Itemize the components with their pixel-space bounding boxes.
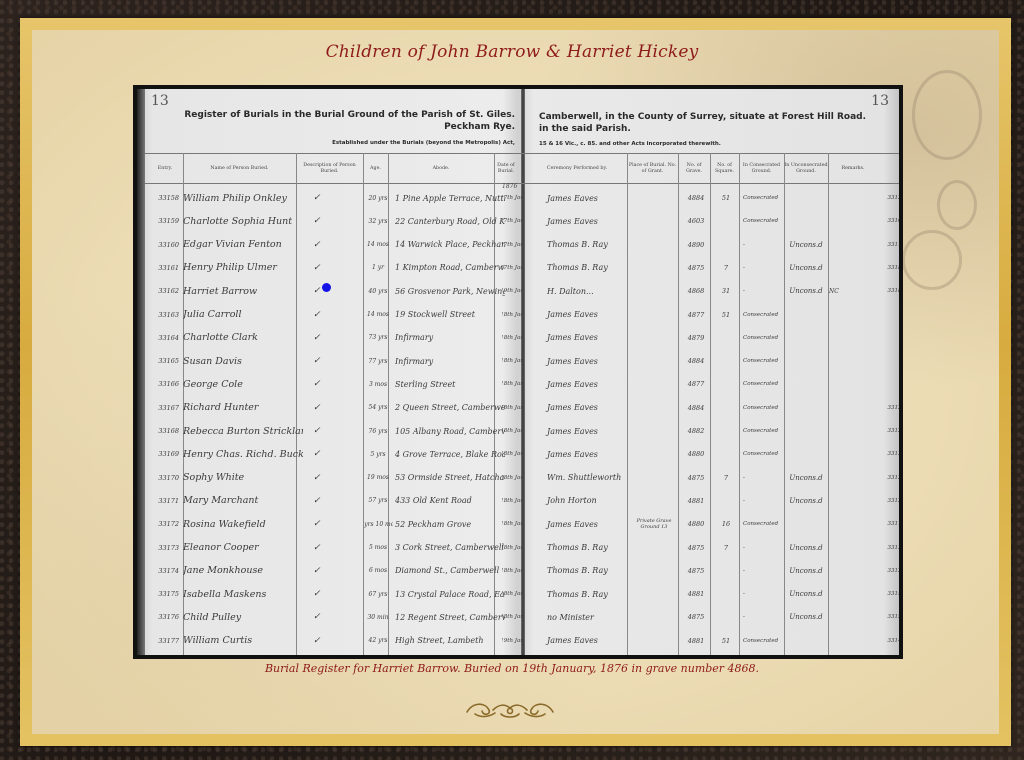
header-rule-bottom	[145, 183, 899, 184]
remarks-cell	[829, 583, 869, 605]
place-of-burial-cell	[629, 327, 679, 349]
entry-number-cell: 33161	[149, 257, 179, 279]
column-header-unconsecrated: In Unconsecrated Ground.	[784, 155, 828, 183]
column-header-consecrated: In Consecrated Ground.	[739, 155, 784, 183]
abode-cell: 13 Crystal Palace Road, East Dulwich	[395, 583, 505, 605]
consecrated-ground-cell: Consecrated	[741, 397, 783, 419]
unconsecrated-ground-cell	[785, 304, 827, 326]
person-name-cell: William Philip Onkley	[183, 187, 303, 209]
grave-number-cell: 4877	[681, 373, 711, 395]
column-header-description: Description of Person Buried.	[296, 155, 363, 183]
grave-number-cell: 4882	[681, 420, 711, 442]
ceremony-performed-by-cell: no Minister	[541, 606, 631, 628]
unconsecrated-ground-cell	[785, 630, 827, 652]
entry-number-cell: 33171	[149, 490, 179, 512]
consecrated-ground-cell: Consecrated	[741, 304, 783, 326]
unconsecrated-ground-cell: Uncons.d	[785, 467, 827, 489]
place-of-burial-cell	[629, 537, 679, 559]
entry-number-cell: 33173	[149, 537, 179, 559]
table-row: 33164Charlotte Clark✓73 yrsInfirmary18th…	[145, 327, 895, 349]
ceremony-performed-by-cell: James Eaves	[541, 327, 631, 349]
reference-number-cell: 33110	[871, 234, 899, 256]
square-number-cell: 7	[713, 257, 739, 279]
unconsecrated-ground-cell: Uncons.d	[785, 280, 827, 302]
person-name-cell: Charlotte Clark	[183, 327, 303, 349]
consecrated-ground-cell: -	[741, 490, 783, 512]
entry-number-cell: 33162	[149, 280, 179, 302]
place-of-burial-cell	[629, 350, 679, 372]
unconsecrated-ground-cell	[785, 210, 827, 232]
age-cell: 40 yrs	[363, 280, 393, 302]
remarks-cell	[829, 234, 869, 256]
ceremony-performed-by-cell: Thomas B. Ray	[541, 537, 631, 559]
heading-right-line1: Camberwell, in the County of Surrey, sit…	[539, 111, 899, 123]
place-of-burial-cell	[629, 304, 679, 326]
entry-number-cell: 33159	[149, 210, 179, 232]
page-number-right: 13	[871, 93, 889, 109]
ceremony-performed-by-cell: James Eaves	[541, 420, 631, 442]
decorative-swirl-icon	[912, 70, 982, 160]
table-row: 33163Julia Carroll✓14 mos19 Stockwell St…	[145, 304, 895, 326]
decorative-swirl-icon	[902, 230, 962, 290]
grave-number-cell: 4875	[681, 467, 711, 489]
grave-number-cell: 4877	[681, 304, 711, 326]
grave-number-cell: 4868	[681, 280, 711, 302]
ceremony-performed-by-cell: James Eaves	[541, 373, 631, 395]
grave-number-cell: 4880	[681, 513, 711, 535]
entry-number-cell: 33167	[149, 397, 179, 419]
square-number-cell	[713, 234, 739, 256]
consecrated-ground-cell: -	[741, 537, 783, 559]
column-header-grave: No. of Grave.	[678, 155, 710, 183]
entry-number-cell: 33174	[149, 560, 179, 582]
header-rule-top	[145, 153, 899, 154]
table-row: 33177William Curtis✓42 yrsHigh Street, L…	[145, 630, 895, 652]
table-row: 33168Rebecca Burton Strickland✓76 yrs105…	[145, 420, 895, 442]
remarks-cell	[829, 350, 869, 372]
abode-cell: 433 Old Kent Road	[395, 490, 505, 512]
unconsecrated-ground-cell	[785, 327, 827, 349]
grave-number-cell: 4875	[681, 537, 711, 559]
image-caption: Burial Register for Harriet Barrow. Buri…	[0, 662, 1024, 675]
entry-number-cell: 33164	[149, 327, 179, 349]
unconsecrated-ground-cell	[785, 513, 827, 535]
established-note-right: 15 & 16 Vic., c. 85. and other Acts inco…	[539, 141, 839, 147]
reference-number-cell: 33132	[871, 443, 899, 465]
person-name-cell: Henry Chas. Richd. Buck	[183, 443, 303, 465]
reference-number-cell: 33121	[871, 397, 899, 419]
unconsecrated-ground-cell	[785, 373, 827, 395]
place-of-burial-cell	[629, 467, 679, 489]
abode-cell: 105 Albany Road, Camberwell	[395, 420, 505, 442]
place-of-burial-cell	[629, 606, 679, 628]
abode-cell: 14 Warwick Place, Peckham Rye	[395, 234, 505, 256]
square-number-cell	[713, 606, 739, 628]
column-header-date: Date of Burial.	[494, 155, 518, 183]
entry-number-cell: 33168	[149, 420, 179, 442]
grave-number-cell: 4880	[681, 443, 711, 465]
ceremony-performed-by-cell: James Eaves	[541, 513, 631, 535]
age-cell: 32 yrs	[363, 210, 393, 232]
table-row: 33170Sophy White✓19 mos53 Ormside Street…	[145, 467, 895, 489]
ceremony-performed-by-cell: Wm. Shuttleworth	[541, 467, 631, 489]
abode-cell: 56 Grosvenor Park, Newington	[395, 280, 505, 302]
age-cell: 67 yrs	[363, 583, 393, 605]
square-number-cell	[713, 373, 739, 395]
person-name-cell: William Curtis	[183, 630, 303, 652]
reference-number-cell: 33122	[871, 187, 899, 209]
established-note-left: Established under the Burials (beyond th…	[177, 140, 515, 146]
place-of-burial-cell	[629, 443, 679, 465]
remarks-cell	[829, 630, 869, 652]
grave-number-cell: 4884	[681, 187, 711, 209]
entry-number-cell: 33177	[149, 630, 179, 652]
ceremony-performed-by-cell: Thomas B. Ray	[541, 583, 631, 605]
consecrated-ground-cell: Consecrated	[741, 187, 783, 209]
place-of-burial-cell	[629, 630, 679, 652]
reference-number-cell: 33125	[871, 560, 899, 582]
reference-number-cell	[871, 373, 899, 395]
abode-cell: Infirmary	[395, 327, 505, 349]
consecrated-ground-cell: Consecrated	[741, 513, 783, 535]
burial-register-image: 13 13 Register of Burials in the Burial …	[133, 85, 903, 659]
ceremony-performed-by-cell: James Eaves	[541, 630, 631, 652]
consecrated-ground-cell: -	[741, 234, 783, 256]
age-cell: 73 yrs	[363, 327, 393, 349]
register-heading-left: Register of Burials in the Burial Ground…	[177, 109, 515, 133]
column-header-ceremony: Ceremony Performed by.	[527, 155, 627, 183]
place-of-burial-cell	[629, 397, 679, 419]
reference-number-cell: 33133	[871, 537, 899, 559]
consecrated-ground-cell: Consecrated	[741, 327, 783, 349]
ceremony-performed-by-cell: John Horton	[541, 490, 631, 512]
unconsecrated-ground-cell	[785, 420, 827, 442]
remarks-cell	[829, 606, 869, 628]
grave-number-cell: 4884	[681, 397, 711, 419]
square-number-cell: 51	[713, 187, 739, 209]
place-of-burial-cell	[629, 187, 679, 209]
reference-number-cell: 33124	[871, 467, 899, 489]
ceremony-performed-by-cell: James Eaves	[541, 210, 631, 232]
grave-number-cell: 4875	[681, 257, 711, 279]
abode-cell: Sterling Street	[395, 373, 505, 395]
burial-date-cell: 18th Jan	[502, 304, 522, 326]
grave-number-cell: 4890	[681, 234, 711, 256]
column-header-remarks: Remarks.	[828, 155, 878, 183]
burial-date-cell: 18th Jan	[502, 606, 522, 628]
burial-date-cell: 17th Jan	[502, 210, 522, 232]
square-number-cell: 31	[713, 280, 739, 302]
ceremony-performed-by-cell: Thomas B. Ray	[541, 560, 631, 582]
reference-number-cell: 33154	[871, 583, 899, 605]
square-number-cell	[713, 443, 739, 465]
place-of-burial-cell	[629, 583, 679, 605]
table-row: 33173Eleanor Cooper✓5 mos3 Cork Street, …	[145, 537, 895, 559]
person-name-cell: Eleanor Cooper	[183, 537, 303, 559]
abode-cell: 2 Queen Street, Camberwell	[395, 397, 505, 419]
place-of-burial-cell	[629, 560, 679, 582]
unconsecrated-ground-cell	[785, 397, 827, 419]
abode-cell: 12 Regent Street, Camberwell	[395, 606, 505, 628]
square-number-cell: 7	[713, 467, 739, 489]
column-header-abode: Abode.	[388, 155, 494, 183]
grave-number-cell: 4881	[681, 630, 711, 652]
place-of-burial-cell	[629, 490, 679, 512]
entry-number-cell: 33176	[149, 606, 179, 628]
place-of-burial-cell	[629, 210, 679, 232]
burial-date-cell: 18th Jan	[502, 443, 522, 465]
reference-number-cell: 33129	[871, 490, 899, 512]
consecrated-ground-cell: -	[741, 606, 783, 628]
entry-number-cell: 33172	[149, 513, 179, 535]
reference-number-cell: 33125	[871, 420, 899, 442]
ceremony-performed-by-cell: Thomas B. Ray	[541, 257, 631, 279]
grave-number-cell: 4875	[681, 560, 711, 582]
person-name-cell: Sophy White	[183, 467, 303, 489]
remarks-cell	[829, 187, 869, 209]
person-name-cell: Henry Philip Ulmer	[183, 257, 303, 279]
person-name-cell: Julia Carroll	[183, 304, 303, 326]
abode-cell: Infirmary	[395, 350, 505, 372]
consecrated-ground-cell: Consecrated	[741, 350, 783, 372]
grave-number-cell: 4884	[681, 350, 711, 372]
grave-number-cell: 4881	[681, 490, 711, 512]
abode-cell: 4 Grove Terrace, Blake Road	[395, 443, 505, 465]
burial-date-cell: 17th Jan	[502, 257, 522, 279]
square-number-cell	[713, 560, 739, 582]
grave-number-cell: 4603	[681, 210, 711, 232]
table-row: 33162Harriet Barrow✓40 yrs56 Grosvenor P…	[145, 280, 895, 302]
person-name-cell: Susan Davis	[183, 350, 303, 372]
column-header-square: No. of Square.	[710, 155, 739, 183]
place-of-burial-cell	[629, 280, 679, 302]
ceremony-performed-by-cell: H. Dalton...	[541, 280, 631, 302]
unconsecrated-ground-cell	[785, 350, 827, 372]
age-cell: 1 yr	[363, 257, 393, 279]
consecrated-ground-cell: Consecrated	[741, 373, 783, 395]
grave-number-cell: 4875	[681, 606, 711, 628]
consecrated-ground-cell: -	[741, 257, 783, 279]
abode-cell: 22 Canterbury Road, Old Kent Road	[395, 210, 505, 232]
remarks-cell	[829, 397, 869, 419]
reference-number-cell: 33180	[871, 257, 899, 279]
consecrated-ground-cell: -	[741, 583, 783, 605]
square-number-cell	[713, 397, 739, 419]
table-row: 33176Child Pulley✓30 min12 Regent Street…	[145, 606, 895, 628]
remarks-cell	[829, 513, 869, 535]
place-of-burial-cell	[629, 257, 679, 279]
burial-date-cell: 18th Jan	[502, 373, 522, 395]
place-of-burial-cell: Private Grave Ground 13	[629, 513, 679, 535]
place-of-burial-cell	[629, 420, 679, 442]
abode-cell: 3 Cork Street, Camberwell	[395, 537, 505, 559]
person-name-cell: Rebecca Burton Strickland	[183, 420, 303, 442]
page-number-left: 13	[151, 93, 169, 109]
square-number-cell	[713, 327, 739, 349]
age-cell: 42 yrs	[363, 630, 393, 652]
reference-number-cell: 33105	[871, 210, 899, 232]
ceremony-performed-by-cell: James Eaves	[541, 443, 631, 465]
burial-date-cell: 17th Jan	[502, 234, 522, 256]
person-name-cell: Isabella Maskens	[183, 583, 303, 605]
table-row: 33159Charlotte Sophia Hunt✓32 yrs22 Cant…	[145, 210, 895, 232]
age-cell: 5 yrs	[363, 443, 393, 465]
age-cell: 14 mos	[363, 234, 393, 256]
age-cell: 6 mos	[363, 560, 393, 582]
place-of-burial-cell	[629, 373, 679, 395]
heading-left-line1: Register of Burials in the Burial Ground…	[177, 109, 515, 121]
burial-date-cell: 18th Jan	[502, 537, 522, 559]
table-row: 33165Susan Davis✓77 yrsInfirmary18th Jan…	[145, 350, 895, 372]
abode-cell: High Street, Lambeth	[395, 630, 505, 652]
consecrated-ground-cell: Consecrated	[741, 630, 783, 652]
column-header-entry: Entry.	[147, 155, 183, 183]
unconsecrated-ground-cell: Uncons.d	[785, 583, 827, 605]
remarks-cell	[829, 210, 869, 232]
unconsecrated-ground-cell: Uncons.d	[785, 234, 827, 256]
age-cell: 5 mos	[363, 537, 393, 559]
abode-cell: 19 Stockwell Street	[395, 304, 505, 326]
person-name-cell: Harriet Barrow	[183, 280, 303, 302]
remarks-cell	[829, 490, 869, 512]
abode-cell: 1 Kimpton Road, Camberwell	[395, 257, 505, 279]
age-cell: 19 mos	[363, 467, 393, 489]
unconsecrated-ground-cell: Uncons.d	[785, 537, 827, 559]
entry-number-cell: 33166	[149, 373, 179, 395]
reference-number-cell: 33117	[871, 513, 899, 535]
square-number-cell: 51	[713, 630, 739, 652]
burial-date-cell: 18th Jan	[502, 513, 522, 535]
person-name-cell: Richard Hunter	[183, 397, 303, 419]
burial-date-cell: 18th Jan	[502, 350, 522, 372]
register-page-spread: 13 13 Register of Burials in the Burial …	[137, 89, 899, 655]
grave-number-cell: 4881	[681, 583, 711, 605]
reference-number-cell: 33189	[871, 280, 899, 302]
ornamental-flourish-icon	[463, 700, 557, 720]
heading-right-line2: in the said Parish.	[539, 123, 899, 135]
burial-date-cell: 18th Jan	[502, 467, 522, 489]
age-cell: 5 yrs 10 mos	[363, 513, 393, 535]
burial-date-cell: 18th Jan	[502, 490, 522, 512]
table-row: 33161Henry Philip Ulmer✓1 yr1 Kimpton Ro…	[145, 257, 895, 279]
remarks-cell	[829, 420, 869, 442]
square-number-cell	[713, 490, 739, 512]
square-number-cell	[713, 210, 739, 232]
remarks-cell	[829, 257, 869, 279]
ceremony-performed-by-cell: James Eaves	[541, 187, 631, 209]
burial-date-cell: 18th Jan	[502, 560, 522, 582]
table-row: 33166George Cole✓3 mosSterling Street18t…	[145, 373, 895, 395]
entry-number-cell: 33163	[149, 304, 179, 326]
remarks-cell: NC	[829, 280, 869, 302]
consecrated-ground-cell: -	[741, 560, 783, 582]
age-cell: 14 mos	[363, 304, 393, 326]
entry-number-cell: 33170	[149, 467, 179, 489]
table-row: 33169Henry Chas. Richd. Buck✓5 yrs4 Grov…	[145, 443, 895, 465]
heading-left-line2: Peckham Rye.	[177, 121, 515, 133]
burial-date-cell: 17th Jan	[502, 187, 522, 209]
age-cell: 30 min	[363, 606, 393, 628]
square-number-cell: 16	[713, 513, 739, 535]
ceremony-performed-by-cell: James Eaves	[541, 350, 631, 372]
remarks-cell	[829, 467, 869, 489]
highlight-marker-dot	[322, 283, 331, 292]
consecrated-ground-cell: Consecrated	[741, 443, 783, 465]
column-header-name: Name of Person Buried.	[183, 155, 296, 183]
burial-date-cell: 18th Jan	[502, 420, 522, 442]
square-number-cell: 7	[713, 537, 739, 559]
remarks-cell	[829, 537, 869, 559]
abode-cell: 52 Peckham Grove	[395, 513, 505, 535]
place-of-burial-cell	[629, 234, 679, 256]
consecrated-ground-cell: Consecrated	[741, 210, 783, 232]
abode-cell: 1 Pine Apple Terrace, Nutting Hill Lane,…	[395, 187, 505, 209]
abode-cell: 53 Ormside Street, Hatcham	[395, 467, 505, 489]
unconsecrated-ground-cell: Uncons.d	[785, 490, 827, 512]
square-number-cell	[713, 350, 739, 372]
burial-date-cell: 19th Jan	[502, 630, 522, 652]
person-name-cell: Charlotte Sophia Hunt	[183, 210, 303, 232]
ceremony-performed-by-cell: Thomas B. Ray	[541, 234, 631, 256]
entry-number-cell: 33165	[149, 350, 179, 372]
burial-date-cell: 19th Jan	[502, 280, 522, 302]
book-edge	[137, 89, 145, 655]
age-cell: 3 mos	[363, 373, 393, 395]
table-row: 33160Edgar Vivian Fenton✓14 mos14 Warwic…	[145, 234, 895, 256]
reference-number-cell	[871, 304, 899, 326]
entry-number-cell: 33169	[149, 443, 179, 465]
person-name-cell: Mary Marchant	[183, 490, 303, 512]
consecrated-ground-cell: -	[741, 280, 783, 302]
page-title: Children of John Barrow & Harriet Hickey	[0, 42, 1024, 62]
remarks-cell	[829, 560, 869, 582]
table-row: 33175Isabella Maskens✓67 yrs13 Crystal P…	[145, 583, 895, 605]
column-header-place: Place of Burial. No. of Grant.	[627, 155, 678, 183]
burial-date-cell: 18th Jan	[502, 327, 522, 349]
table-row: 33174Jane Monkhouse✓6 mosDiamond St., Ca…	[145, 560, 895, 582]
entry-number-cell: 33160	[149, 234, 179, 256]
age-cell: 20 yrs	[363, 187, 393, 209]
reference-number-cell	[871, 350, 899, 372]
square-number-cell	[713, 420, 739, 442]
consecrated-ground-cell: Consecrated	[741, 420, 783, 442]
table-row: 33171Mary Marchant✓57 yrs433 Old Kent Ro…	[145, 490, 895, 512]
unconsecrated-ground-cell: Uncons.d	[785, 606, 827, 628]
person-name-cell: Edgar Vivian Fenton	[183, 234, 303, 256]
unconsecrated-ground-cell	[785, 187, 827, 209]
burial-date-cell: 18th Jan	[502, 397, 522, 419]
age-cell: 54 yrs	[363, 397, 393, 419]
unconsecrated-ground-cell: Uncons.d	[785, 257, 827, 279]
square-number-cell: 51	[713, 304, 739, 326]
remarks-cell	[829, 443, 869, 465]
decorative-swirl-icon	[937, 180, 977, 230]
reference-number-cell	[871, 327, 899, 349]
person-name-cell: Rosina Wakefield	[183, 513, 303, 535]
register-heading-right: Camberwell, in the County of Surrey, sit…	[539, 111, 899, 135]
entry-number-cell: 33175	[149, 583, 179, 605]
table-row: 33158William Philip Onkley✓20 yrs1 Pine …	[145, 187, 895, 209]
table-row: 33172Rosina Wakefield✓5 yrs 10 mos52 Pec…	[145, 513, 895, 535]
person-name-cell: Child Pulley	[183, 606, 303, 628]
ceremony-performed-by-cell: James Eaves	[541, 304, 631, 326]
person-name-cell: Jane Monkhouse	[183, 560, 303, 582]
unconsecrated-ground-cell	[785, 443, 827, 465]
age-cell: 57 yrs	[363, 490, 393, 512]
table-row: 33167Richard Hunter✓54 yrs2 Queen Street…	[145, 397, 895, 419]
reference-number-cell: 33140	[871, 630, 899, 652]
burial-date-cell: 18th Jan	[502, 583, 522, 605]
